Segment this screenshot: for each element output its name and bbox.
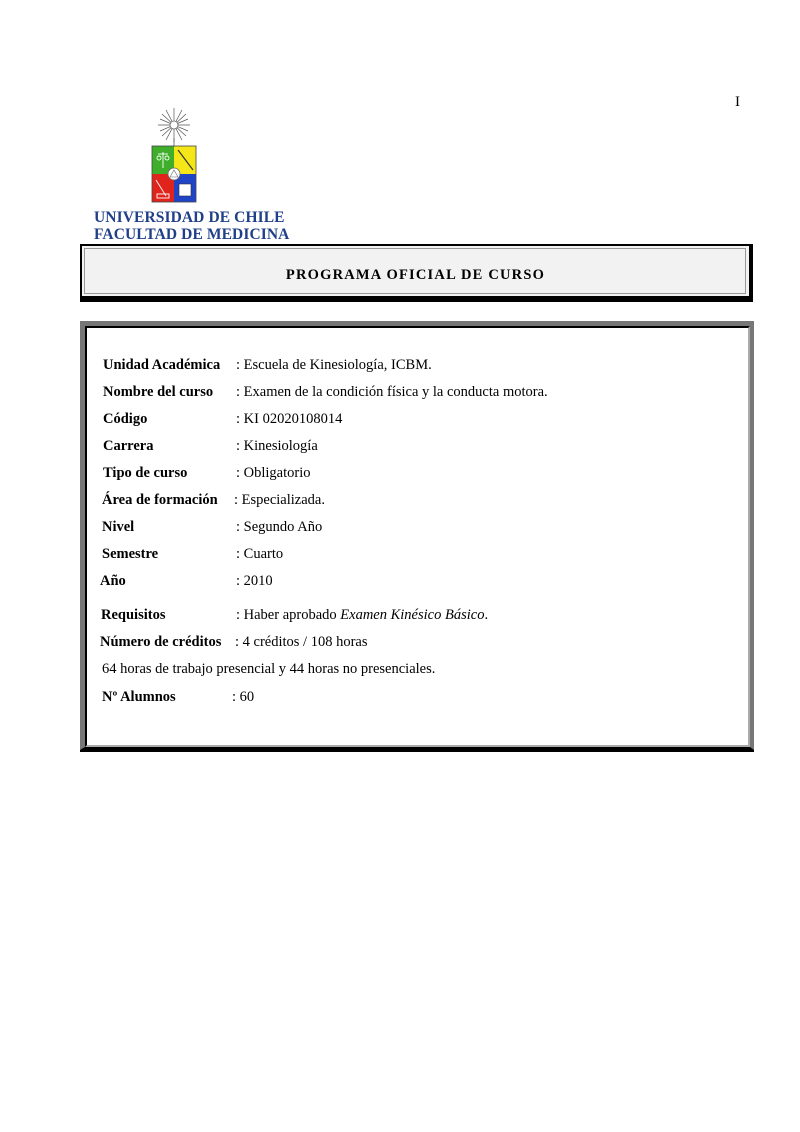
horas-note: 64 horas de trabajo presencial y 44 hora… xyxy=(102,661,435,678)
alumnos-value: : 60 xyxy=(232,689,254,706)
title-box: PROGRAMA OFICIAL DE CURSO xyxy=(80,244,753,302)
university-name: UNIVERSIDAD DE CHILE xyxy=(94,209,289,226)
field-value: : Cuarto xyxy=(236,546,283,563)
field-value: : KI 02020108014 xyxy=(236,411,342,428)
requisitos-value: : Haber aprobado Examen Kinésico Básico. xyxy=(236,607,488,624)
faculty-name: FACULTAD DE MEDICINA xyxy=(94,226,289,243)
field-value: : Escuela de Kinesiología, ICBM. xyxy=(236,357,432,374)
field-label: Área de formación xyxy=(102,492,218,509)
field-label: Nombre del curso xyxy=(103,384,213,401)
requisitos-label: Requisitos xyxy=(101,607,165,624)
page-number: I xyxy=(735,94,740,111)
creditos-label: Número de créditos xyxy=(100,634,221,651)
field-value: : Kinesiología xyxy=(236,438,318,455)
requisitos-course: Examen Kinésico Básico xyxy=(340,607,484,623)
requisitos-prefix: : Haber aprobado xyxy=(236,607,340,623)
field-value: : Examen de la condición física y la con… xyxy=(236,384,548,401)
alumnos-label: Nº Alumnos xyxy=(102,689,176,706)
field-label: Carrera xyxy=(103,438,153,455)
university-header: UNIVERSIDAD DE CHILE FACULTAD DE MEDICIN… xyxy=(94,209,289,243)
field-label: Unidad Académica xyxy=(103,357,220,374)
field-value: : Obligatorio xyxy=(236,465,311,482)
creditos-value: : 4 créditos / 108 horas xyxy=(235,634,368,651)
field-label: Tipo de curso xyxy=(103,465,187,482)
field-label: Año xyxy=(100,573,126,590)
page-title: PROGRAMA OFICIAL DE CURSO xyxy=(82,267,749,284)
field-value: : Especializada. xyxy=(234,492,325,509)
field-value: : Segundo Año xyxy=(236,519,322,536)
field-value: : 2010 xyxy=(236,573,273,590)
field-label: Nivel xyxy=(102,519,134,536)
field-label: Semestre xyxy=(102,546,158,563)
requisitos-suffix: . xyxy=(484,607,488,623)
university-coat-of-arms-icon xyxy=(148,108,200,208)
field-label: Código xyxy=(103,411,147,428)
